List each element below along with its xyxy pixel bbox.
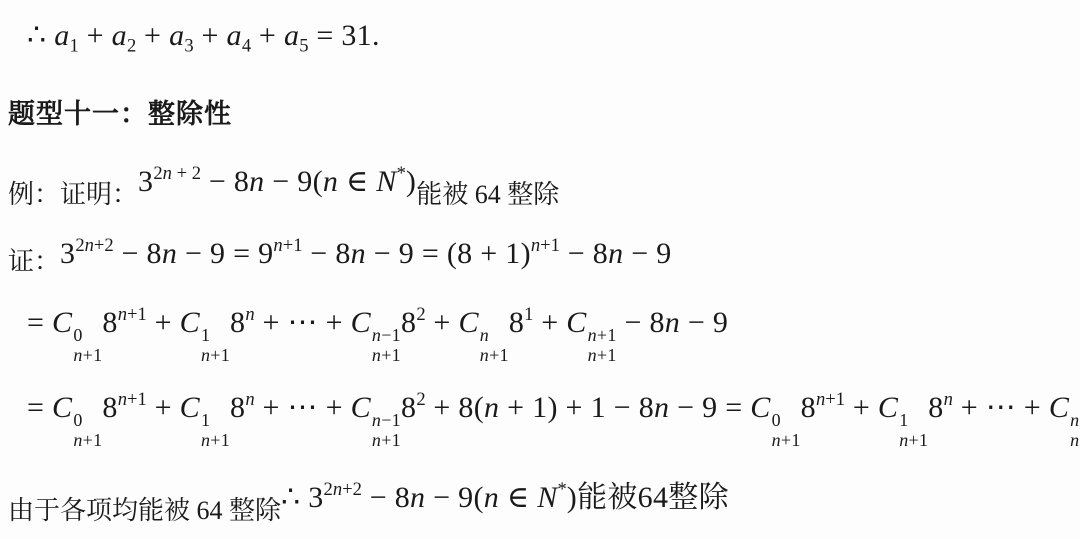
conclusion-formula: ∴ 32n+2 − 8n − 9(n ∈ N*)能被64整除 (281, 481, 729, 514)
binomial-coefficient: Cn−1n+1 (351, 306, 401, 365)
conclusion-label: 由于各项均能被 64 整除 (8, 496, 281, 525)
binomial-expansion-line-1: = C0n+18n+1 + C1n+18n + ⋯ + Cn−1n+182 + … (0, 304, 1080, 365)
binomial-coefficient: Cn+1n+1 (566, 306, 616, 365)
binomial-coefficient: Cn−1n+1 (351, 391, 401, 450)
proof-label: 证： (8, 247, 60, 276)
binomial-coefficient: C0n+1 (52, 306, 102, 365)
proof-formula: 32n+2 − 8n − 9 = 9n+1 − 8n − 9 = (8 + 1)… (60, 237, 672, 270)
binomial-coefficient: C1n+1 (878, 391, 928, 450)
binomial-coefficient: Cnn+1 (458, 306, 508, 365)
conclusion-line: 由于各项均能被 64 整除∴ 32n+2 − 8n − 9(n ∈ N*)能被6… (0, 472, 1080, 527)
sum-conclusion-formula: ∴ a1 + a2 + a3 + a4 + a5 = 31. (0, 18, 1080, 58)
example-tail-text: 能被 64 整除 (416, 180, 559, 209)
binomial-coefficient: C1n+1 (180, 391, 230, 450)
binomial-coefficient: C0n+1 (52, 391, 102, 450)
binomial-coefficient: C1n+1 (180, 306, 230, 365)
proof-start-line: 证：32n+2 − 8n − 9 = 9n+1 − 8n − 9 = (8 + … (0, 235, 1080, 278)
binomial-coefficient: C0n+1 (750, 391, 800, 450)
binomial-coefficient: Cn−1n+1 (1049, 391, 1080, 450)
binomial-expansion-line-2: = C0n+18n+1 + C1n+18n + ⋯ + Cn−1n+182 + … (0, 389, 1080, 450)
example-formula: 32n + 2 − 8n − 9(n ∈ N*) (138, 165, 416, 198)
example-label: 例：证明： (8, 180, 138, 209)
example-statement-line: 例：证明：32n + 2 − 8n − 9(n ∈ N*)能被 64 整除 (0, 163, 1080, 211)
section-heading: 题型十一：整除性 (0, 92, 1080, 131)
document-page: ∴ a1 + a2 + a3 + a4 + a5 = 31. 题型十一：整除性 … (0, 0, 1080, 527)
